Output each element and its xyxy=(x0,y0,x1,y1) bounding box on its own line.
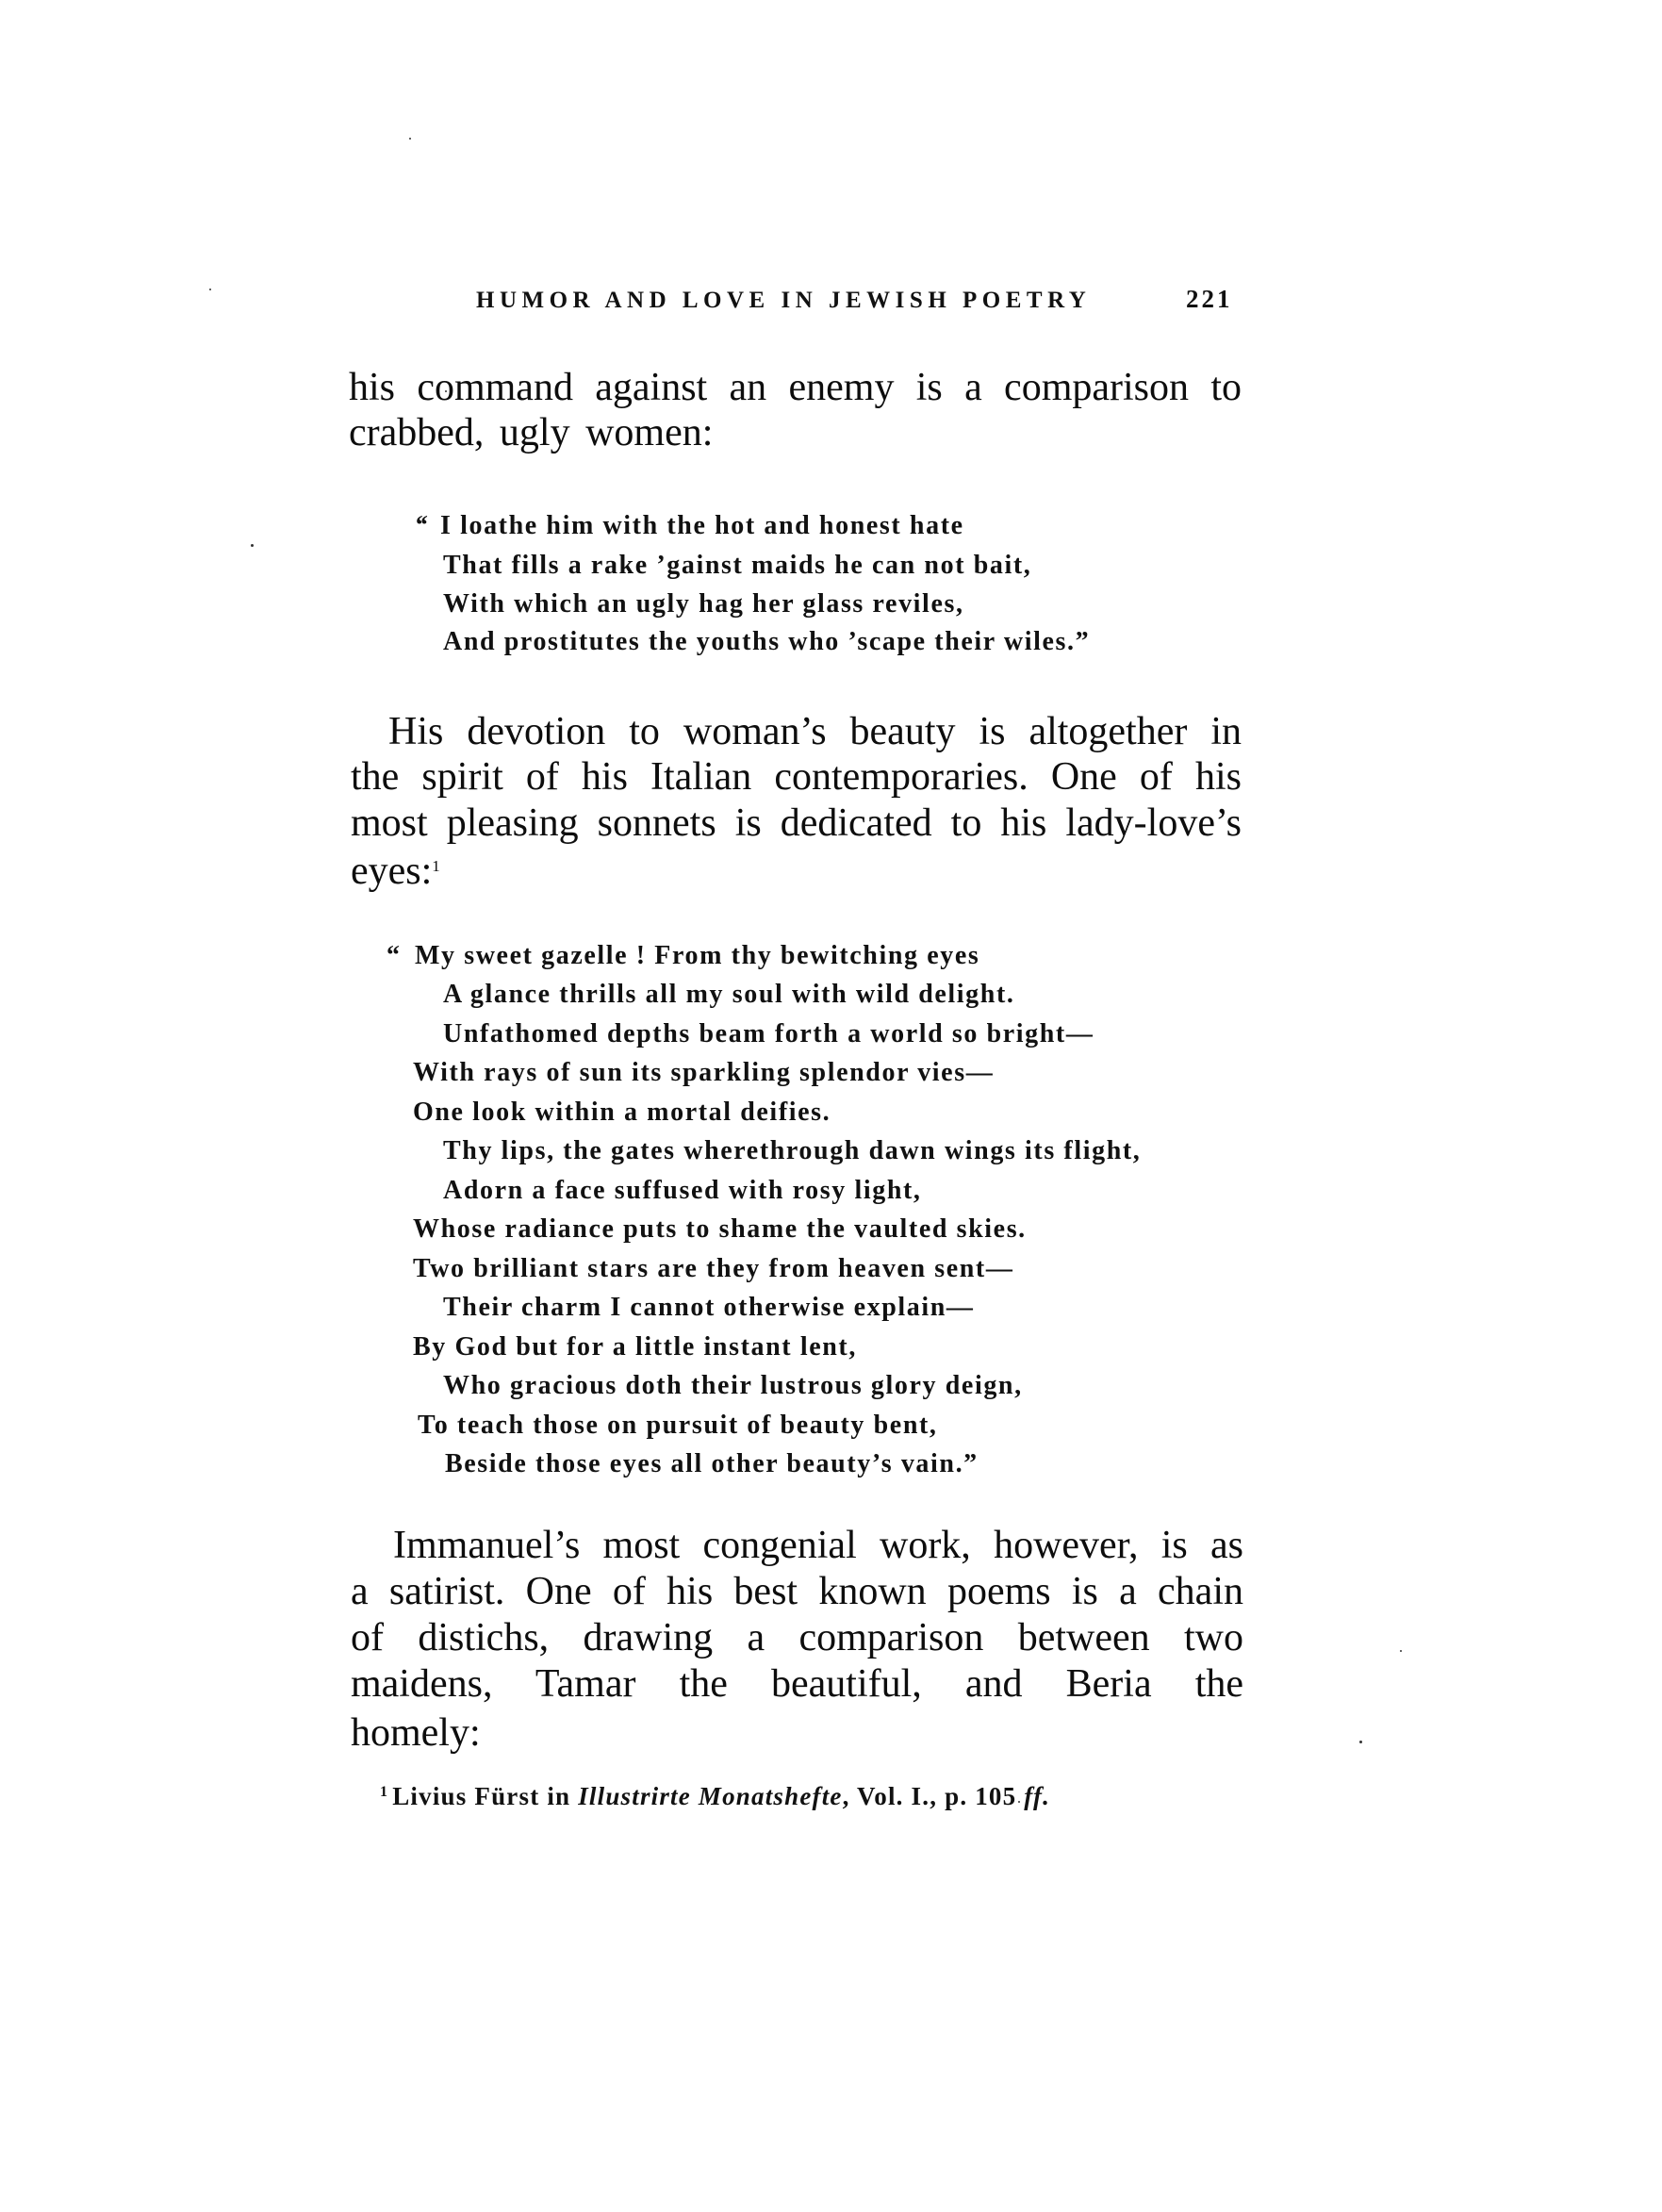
paragraph-line-last: eyes:1 xyxy=(351,851,440,891)
poem-line: That fills a rake ’gainst maids he can n… xyxy=(443,553,1031,579)
sonnet-line: A glance thrills all my soul with wild d… xyxy=(443,982,1014,1008)
running-title: HUMOR AND LOVE IN JEWISH POETRY xyxy=(476,289,1091,312)
sonnet-line: To teach those on pursuit of beauty bent… xyxy=(418,1412,938,1439)
sonnet-line: Whose radiance puts to shame the vaulted… xyxy=(413,1216,1027,1243)
book-page: HUMOR AND LOVE IN JEWISH POETRY 221 his … xyxy=(0,0,1662,2212)
sonnet-line: Thy lips, the gates wherethrough dawn wi… xyxy=(443,1138,1141,1164)
paragraph-line: His devotion to woman’s beauty is altoge… xyxy=(388,712,1242,751)
poem-line: I loathe him with the hot and honest hat… xyxy=(440,513,964,539)
footnote-journal: Illustrirte Monatshefte xyxy=(578,1782,842,1810)
scan-speck xyxy=(1359,1741,1362,1743)
scan-speck xyxy=(445,390,447,392)
paragraph-line: crabbed, ugly women: xyxy=(349,413,713,453)
footnote-citation: , Vol. I., p. 105 xyxy=(843,1782,1025,1810)
paragraph-line: the spirit of his Italian contemporaries… xyxy=(351,757,1242,797)
open-quote: “ xyxy=(387,943,402,969)
paragraph-line: his command against an enemy is a compar… xyxy=(349,368,1242,407)
poem-line: And prostitutes the youths who ’scape th… xyxy=(443,629,1090,655)
page-number: 221 xyxy=(1186,287,1233,312)
sonnet-line: Adorn a face suffused with rosy light, xyxy=(443,1178,922,1204)
sonnet-line: Unfathomed depths beam forth a world so … xyxy=(443,1021,1094,1048)
sonnet-line: With rays of sun its sparkling splendor … xyxy=(413,1060,994,1086)
sonnet-line: My sweet gazelle ! From thy bewitching e… xyxy=(415,943,979,969)
paragraph-text: eyes: xyxy=(351,850,432,893)
scan-speck xyxy=(409,138,411,140)
open-quote: ‘‘ xyxy=(415,513,427,539)
footnote: 1Livius Fürst in Illustrirte Monatshefte… xyxy=(380,1784,1050,1809)
paragraph-line: most pleasing sonnets is dedicated to hi… xyxy=(351,803,1242,843)
footnote-reference[interactable]: 1 xyxy=(432,857,440,875)
scan-speck xyxy=(1400,1650,1402,1652)
paragraph-line: of distichs, drawing a comparison betwee… xyxy=(351,1618,1243,1658)
sonnet-line: Two brilliant stars are they from heaven… xyxy=(413,1256,1013,1282)
paragraph-line: homely: xyxy=(351,1713,481,1753)
scan-speck xyxy=(1018,1801,1020,1803)
scan-speck xyxy=(209,289,211,290)
footnote-author: Livius Fürst in xyxy=(392,1782,578,1810)
sonnet-line: Beside those eyes all other beauty’s vai… xyxy=(445,1451,979,1477)
footnote-ff: ff. xyxy=(1024,1782,1050,1810)
poem-line: With which an ugly hag her glass reviles… xyxy=(443,591,964,618)
paragraph-line: Immanuel’s most congenial work, however,… xyxy=(393,1526,1243,1565)
sonnet-line: One look within a mortal deifies. xyxy=(413,1099,831,1126)
scan-speck xyxy=(251,544,254,547)
footnote-marker: 1 xyxy=(380,1784,388,1800)
sonnet-line: Their charm I cannot otherwise explain— xyxy=(443,1295,975,1321)
sonnet-line: By God but for a little instant lent, xyxy=(413,1334,857,1361)
paragraph-line: a satirist. One of his best known poems … xyxy=(351,1572,1243,1611)
sonnet-line: Who gracious doth their lustrous glory d… xyxy=(443,1373,1023,1399)
paragraph-line: maidens, Tamar the beautiful, and Beria … xyxy=(351,1664,1243,1704)
